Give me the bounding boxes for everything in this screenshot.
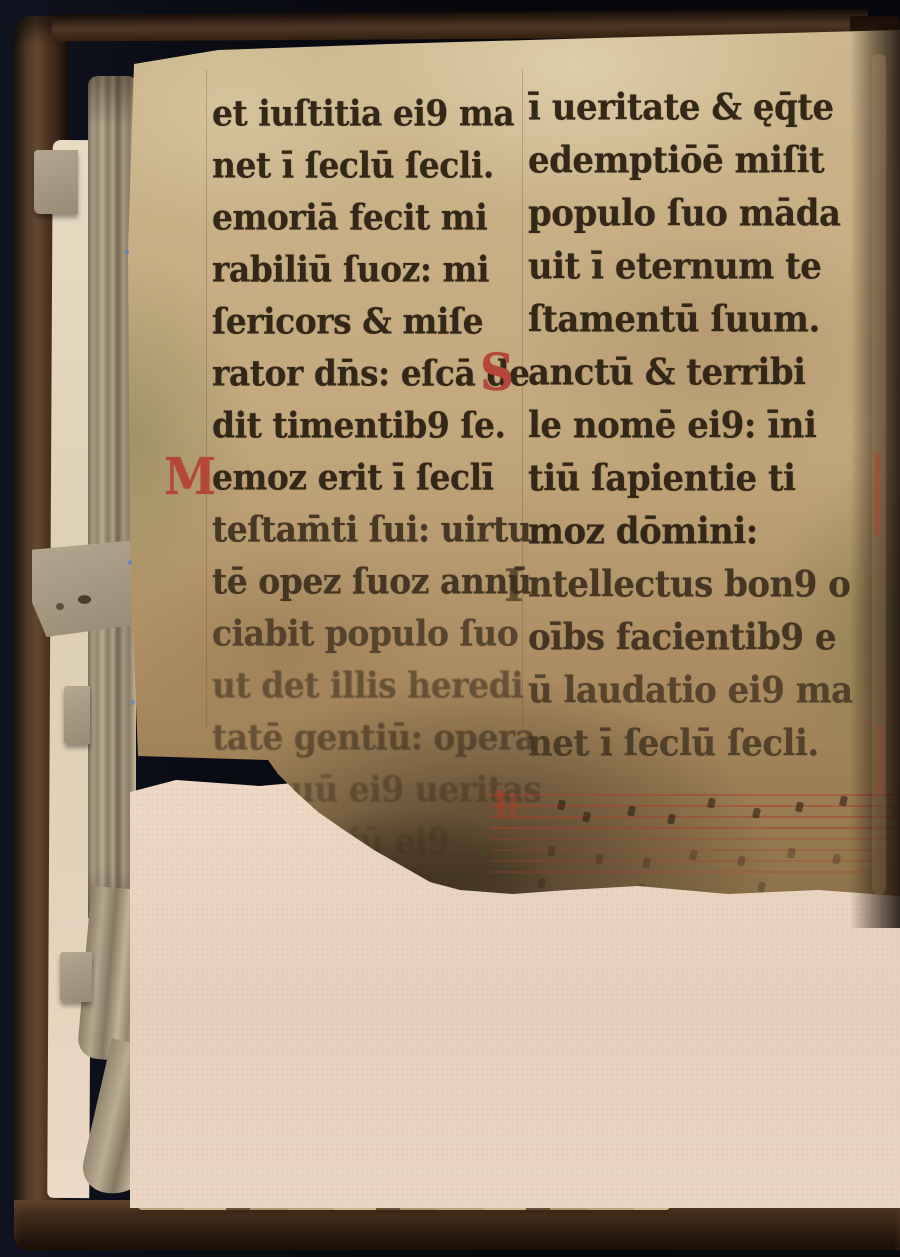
text-line: et iuſtitia ei9 ma xyxy=(212,86,528,142)
vellum-leaf: et iuſtitia ei9 ma net ī ſeclū ſecli. em… xyxy=(128,30,900,910)
text-line: le nomē ei9: īni xyxy=(528,398,888,455)
text-line-body: ntellectus bon9 o xyxy=(528,557,850,614)
text-line: tatē gentiū: opera xyxy=(212,710,528,766)
music-staff xyxy=(490,794,894,830)
right-text-column: ī ueritate & ęq̄te edemptiōē miſit popul… xyxy=(528,80,888,769)
neume-mark xyxy=(537,877,546,888)
text-line: dit timentib9 ſe. xyxy=(212,398,528,454)
red-bleed-mark xyxy=(874,452,880,536)
facing-leaf-shadow xyxy=(850,24,900,928)
pigment-fleck xyxy=(128,560,132,565)
neume-mark xyxy=(757,881,766,892)
text-line: Memoz erit ī ſeclī xyxy=(212,450,528,506)
text-line: tē opez ſuoz annū xyxy=(212,554,528,610)
faded-initial-i: I xyxy=(504,557,528,614)
pigment-fleck xyxy=(131,700,135,705)
text-line: populo ſuo māda xyxy=(528,186,888,243)
ruling-line xyxy=(206,70,207,730)
text-line: ſericors & miſe xyxy=(212,294,528,350)
rubric-initial-m: M xyxy=(164,450,212,506)
parchment-tab-top xyxy=(34,150,78,214)
text-line: ut det illis heredi xyxy=(212,658,528,714)
text-line: emoriā fecit mi xyxy=(212,190,528,246)
text-line-body: anctū & terribi xyxy=(528,345,806,402)
text-line: oībs facientib9 e xyxy=(528,610,888,667)
left-text-column: et iuſtitia ei9 ma net ī ſeclū ſecli. em… xyxy=(212,86,528,866)
rubric-initial-s: S xyxy=(480,345,528,402)
text-line: ciabit populo ſuo xyxy=(212,606,528,662)
text-line: Sanctū & terribi xyxy=(528,345,888,402)
stacked-leaf-edges xyxy=(88,76,136,918)
text-line: net ī ſeclū ſecli. xyxy=(528,716,888,773)
text-line: ī ueritate & ęq̄te xyxy=(528,80,888,137)
text-line: ſtamentū ſuum. xyxy=(528,292,888,349)
red-bleed-mark xyxy=(877,724,883,796)
text-line: teſtam̄ti ſui: uirtu xyxy=(212,502,528,558)
text-line: tiū ſapientie ti xyxy=(528,451,888,508)
manuscript-photograph: et iuſtitia ei9 ma net ī ſeclū ſecli. em… xyxy=(0,0,900,1257)
tab-ink-marks xyxy=(77,594,92,606)
text-line: moz dōmini: xyxy=(528,504,888,561)
text-line: rabiliū ſuoz: mi xyxy=(212,242,528,298)
text-line-body: emoz erit ī ſeclī xyxy=(212,450,494,506)
text-line: uit ī eternum te xyxy=(528,239,888,296)
text-line: ū laudatio ei9 ma xyxy=(528,663,888,720)
text-line: net ī ſeclū ſecli. xyxy=(212,138,528,194)
text-line: edemptiōē miſit xyxy=(528,133,888,190)
parchment-tab-middle xyxy=(32,540,136,637)
tab-ink-marks xyxy=(56,603,64,610)
pigment-fleck xyxy=(125,250,129,255)
parchment-tab-bottom xyxy=(60,952,92,1002)
text-line: Intellectus bon9 o xyxy=(528,557,888,614)
parchment-tab-small xyxy=(64,686,90,744)
